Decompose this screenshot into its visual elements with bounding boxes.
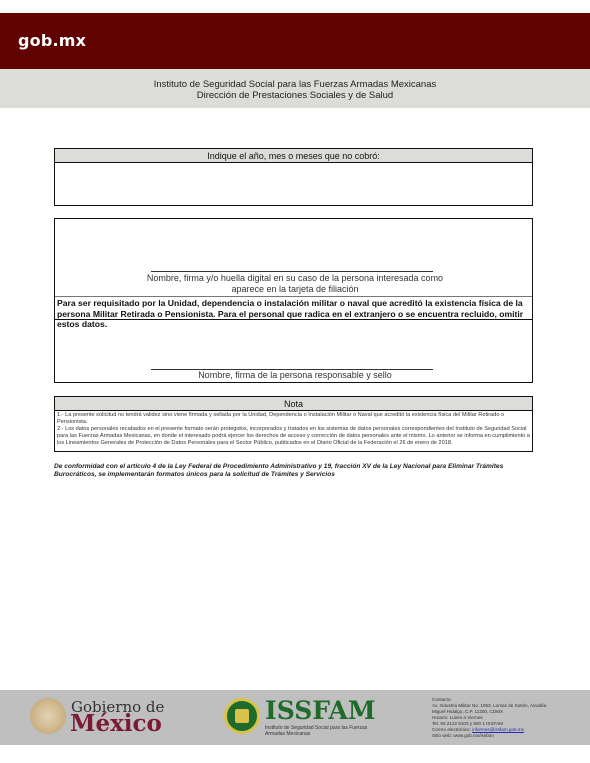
responsible-signature-field[interactable] <box>55 320 532 368</box>
months-not-collected-section: Indique el año, mes o meses que no cobró… <box>54 148 533 206</box>
contact-info: Contacto: Av. Industria Militar No. 1053… <box>432 697 582 739</box>
note-item: 2.- Los datos personales recabados en el… <box>57 426 530 447</box>
interested-signature-caption: Nombre, firma y/o huella digital en su c… <box>115 273 475 295</box>
signature-section: Nombre, firma y/o huella digital en su c… <box>54 218 533 383</box>
divider <box>55 296 532 297</box>
interested-signature-field[interactable] <box>55 219 532 271</box>
institution-name: Instituto de Seguridad Social para las F… <box>0 79 590 90</box>
note-item: 1.- La presente solicitud no tendrá vali… <box>57 412 530 426</box>
months-not-collected-label: Indique el año, mes o meses que no cobró… <box>55 149 532 163</box>
months-not-collected-field[interactable] <box>55 163 532 205</box>
responsible-signature-caption: Nombre, firma de la persona responsable … <box>115 370 475 381</box>
gobmx-logo[interactable]: gob.mx <box>18 31 86 50</box>
contact-email-link[interactable]: informes@issfam.gob.mx <box>472 727 524 732</box>
mexico-coat-of-arms-icon <box>30 698 66 734</box>
mexico-text: México <box>70 712 162 736</box>
issfam-emblem-icon <box>224 698 260 734</box>
interested-signature-line <box>151 271 433 272</box>
institution-header: Instituto de Seguridad Social para las F… <box>0 69 590 108</box>
note-section: Nota 1.- La presente solicitud no tendrá… <box>54 396 533 452</box>
issfam-logo-text: ISSFAM <box>265 698 376 724</box>
issfam-subtitle: Instituto de Seguridad Social para las F… <box>265 725 375 737</box>
note-body: 1.- La presente solicitud no tendrá vali… <box>55 411 532 448</box>
department-name: Dirección de Prestaciones Sociales y de … <box>0 90 590 101</box>
top-bar: gob.mx <box>0 13 590 69</box>
note-title: Nota <box>55 397 532 411</box>
legal-notice: De conformidad con el artículo 4 de la L… <box>54 463 534 479</box>
footer: Gobierno de México ISSFAM Instituto de S… <box>0 690 590 745</box>
